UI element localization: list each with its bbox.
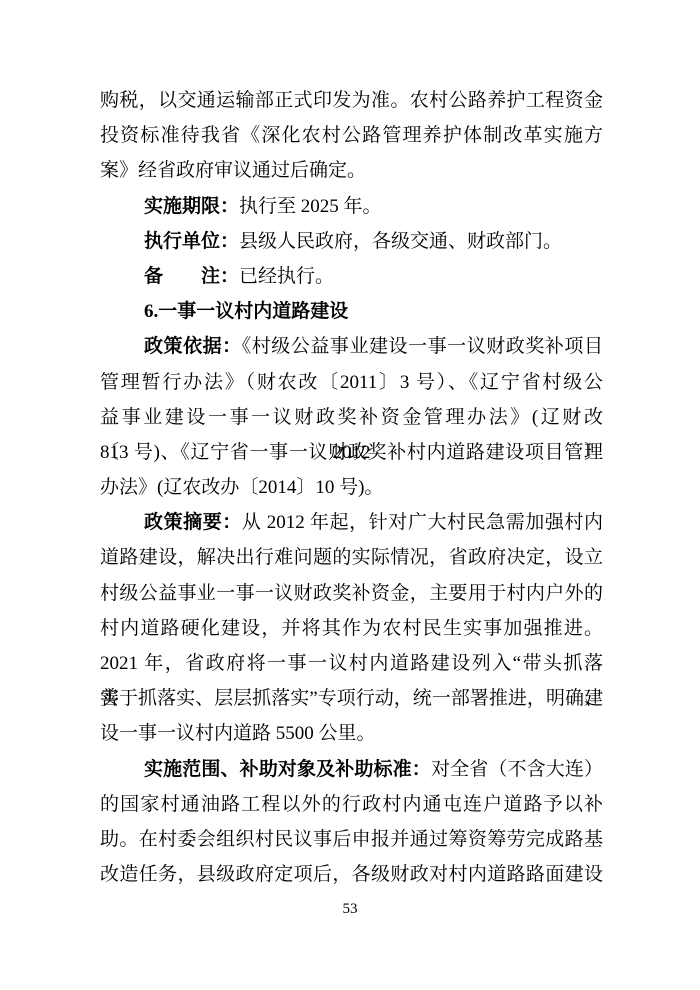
text-segment: 对全省（不含大连） [431, 759, 603, 780]
text-line: 政策依据：《村级公益事业建设一事一议财政奖补项目 [100, 329, 603, 364]
text-segment: 案》经省政府审议通过后确定。 [100, 160, 366, 181]
text-line: 管理暂行办法》（财农改〔2011〕3 号）、《辽宁省村级公 [100, 365, 603, 400]
text-line: 设一事一议村内道路 5500 公里。 [100, 716, 603, 751]
text-line: 投资标准待我省《深化农村公路管理养护体制改革实施方 [100, 118, 603, 153]
text-segment: 改造任务，县级政府定项后，各级财政对村内道路路面建设 [100, 864, 603, 885]
text-segment: 执行至 2025 年。 [239, 196, 382, 217]
text-segment: 购税，以交通运输部正式印发为准。农村公路养护工程资金 [100, 90, 603, 111]
text-segment: 县级人民政府，各级交通、财政部门。 [239, 231, 562, 252]
text-segment: 村内道路硬化建设，并将其作为农村民生实事加强推进。 [100, 618, 603, 639]
bold-label-segment: 政策依据： [144, 336, 242, 357]
text-segment: 的国家村通油路工程以外的行政村内通屯连户道路予以补 [100, 794, 603, 815]
text-line: 执行单位：县级人民政府，各级交通、财政部门。 [100, 224, 603, 259]
text-line: 办法》(辽农改办〔2014〕10 号)。 [100, 470, 603, 505]
text-line: 2021 年，省政府将一事一议村内道路建设列入“带头抓落实、 [100, 646, 603, 681]
text-line: 政策摘要：从 2012 年起，针对广大村民急需加强村内 [100, 505, 603, 540]
text-line: 实施期限：执行至 2025 年。 [100, 189, 603, 224]
bold-label-segment: 实施范围、补助对象及补助标准： [144, 759, 431, 780]
text-line: 善于抓落实、层层抓落实”专项行动，统一部署推进，明确建 [100, 681, 603, 716]
text-line: 道路建设，解决出行难问题的实际情况，省政府决定，设立 [100, 540, 603, 575]
text-segment: 已经执行。 [239, 266, 334, 287]
text-line: 购税，以交通运输部正式印发为准。农村公路养护工程资金 [100, 83, 603, 118]
text-line: 案》经省政府审议通过后确定。 [100, 153, 603, 188]
text-line: 益事业建设一事一议财政奖补资金管理办法》(辽财改〔2012〕 [100, 400, 603, 435]
bold-label-segment: 实施期限： [144, 196, 239, 217]
text-segment: 善于抓落实、层层抓落实”专项行动，统一部署推进，明确建 [100, 688, 603, 709]
text-segment: 813 号)、《辽宁省一事一议财政奖补村内道路建设项目管理 [100, 442, 603, 463]
text-segment: 投资标准待我省《深化农村公路管理养护体制改革实施方 [100, 125, 603, 146]
text-segment: 办法》(辽农改办〔2014〕10 号)。 [100, 477, 383, 498]
bold-label-segment: 备 注： [144, 266, 239, 287]
page-body-text: 购税，以交通运输部正式印发为准。农村公路养护工程资金投资标准待我省《深化农村公路… [100, 83, 603, 892]
text-segment: 助。在村委会组织村民议事后申报并通过筹资筹劳完成路基 [100, 829, 603, 850]
text-line: 助。在村委会组织村民议事后申报并通过筹资筹劳完成路基 [100, 822, 603, 857]
bold-label-segment: 政策摘要： [144, 512, 242, 533]
text-line: 改造任务，县级政府定项后，各级财政对村内道路路面建设 [100, 857, 603, 892]
text-segment: 《村级公益事业建设一事一议财政奖补项目 [242, 336, 603, 357]
document-page: 购税，以交通运输部正式印发为准。农村公路养护工程资金投资标准待我省《深化农村公路… [0, 0, 700, 990]
text-segment: 从 2012 年起，针对广大村民急需加强村内 [242, 512, 603, 533]
text-line: 村级公益事业一事一议财政奖补资金，主要用于村内户外的 [100, 576, 603, 611]
bold-label-segment: 6.一事一议村内道路建设 [144, 301, 348, 322]
text-segment: 村级公益事业一事一议财政奖补资金，主要用于村内户外的 [100, 583, 603, 604]
text-line: 6.一事一议村内道路建设 [100, 294, 603, 329]
text-segment: 道路建设，解决出行难问题的实际情况，省政府决定，设立 [100, 547, 603, 568]
text-line: 村内道路硬化建设，并将其作为农村民生实事加强推进。 [100, 611, 603, 646]
text-line: 实施范围、补助对象及补助标准：对全省（不含大连） [100, 752, 603, 787]
text-line: 的国家村通油路工程以外的行政村内通屯连户道路予以补 [100, 787, 603, 822]
text-segment: 设一事一议村内道路 5500 公里。 [100, 723, 376, 744]
bold-label-segment: 执行单位： [144, 231, 239, 252]
page-number: 53 [0, 899, 700, 919]
text-line: 备 注：已经执行。 [100, 259, 603, 294]
text-line: 813 号)、《辽宁省一事一议财政奖补村内道路建设项目管理 [100, 435, 603, 470]
text-segment: 管理暂行办法》（财农改〔2011〕3 号）、《辽宁省村级公 [100, 372, 603, 393]
